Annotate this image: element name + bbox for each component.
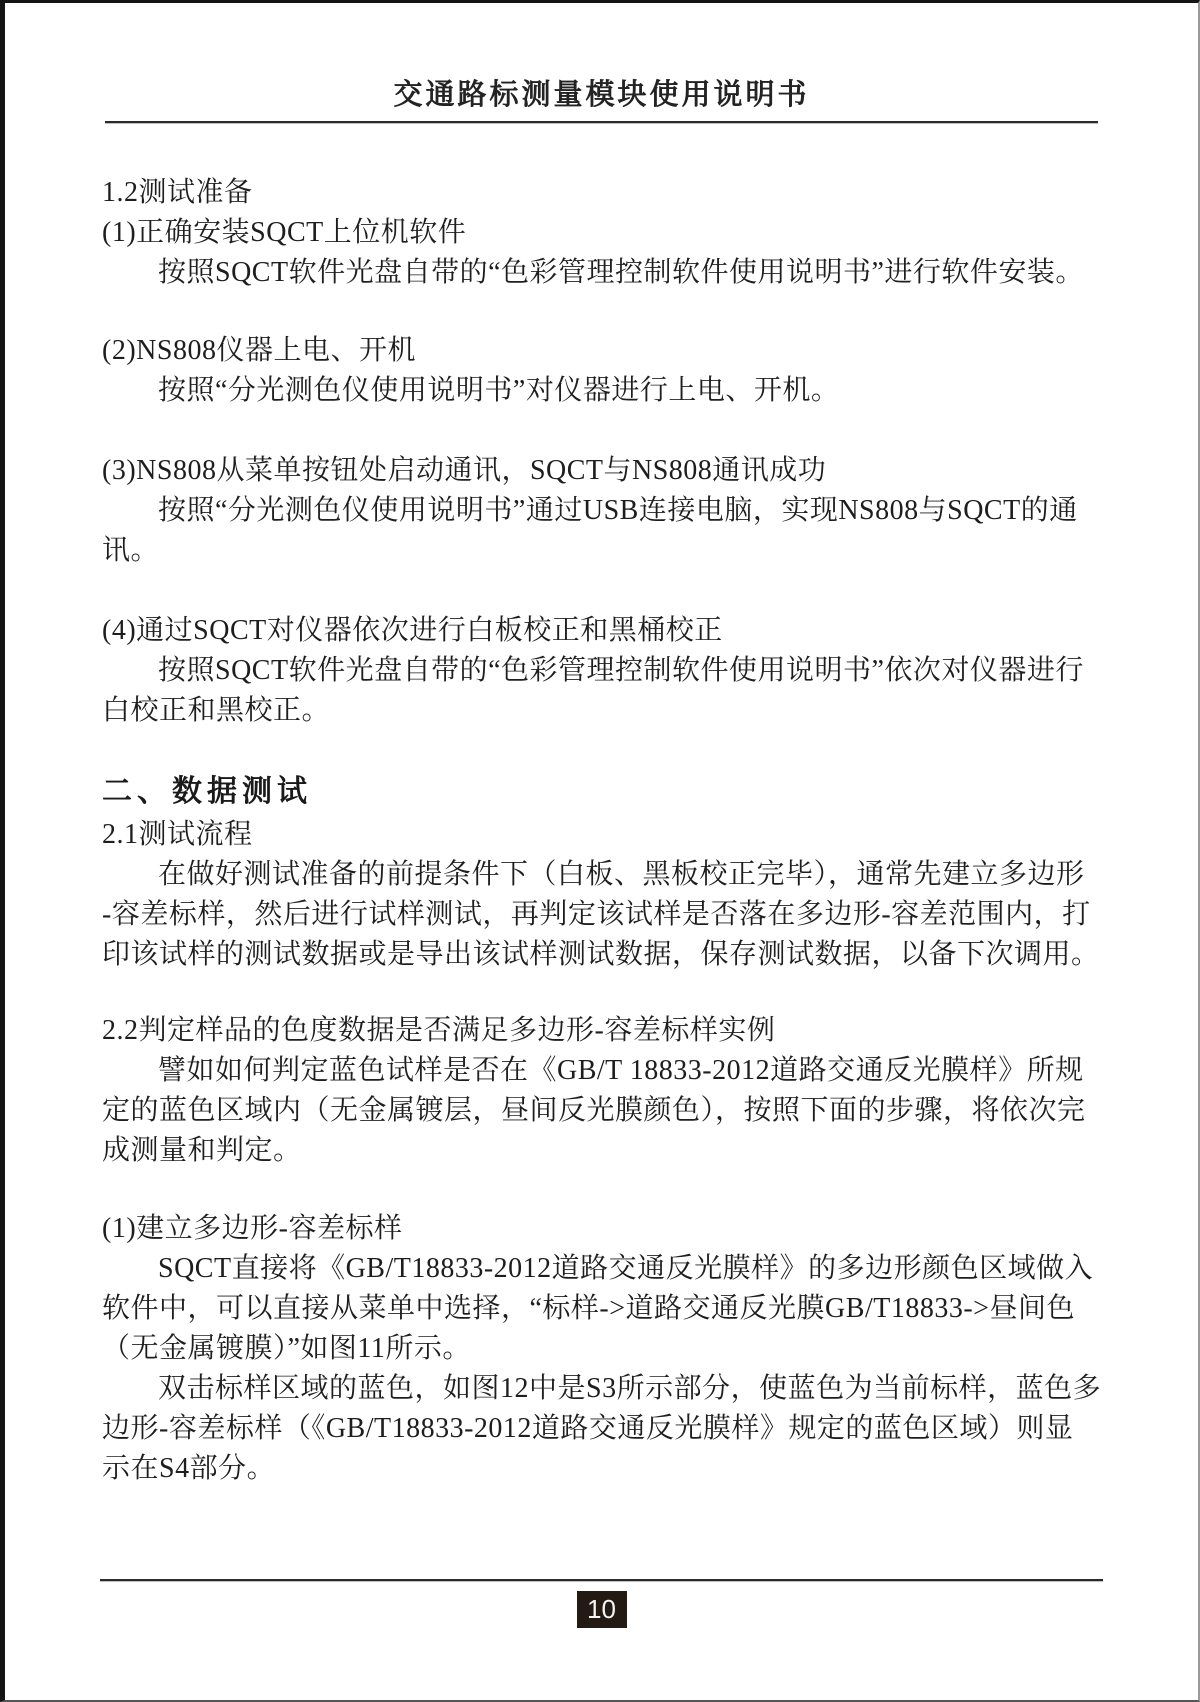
step-2-detail: 按照“分光测色仪使用说明书”对仪器进行上电、开机。 <box>102 371 1108 411</box>
page-content: 1.2测试准备 (1)正确安装SQCT上位机软件 按照SQCT软件光盘自带的“色… <box>102 173 1108 1489</box>
step-1-detail: 按照SQCT软件光盘自带的“色彩管理控制软件使用说明书”进行软件安装。 <box>102 253 1108 293</box>
footer-rule <box>100 1579 1103 1582</box>
test-flow-paragraph: 在做好测试准备的前提条件下（白板、黑板校正完毕），通常先建立多边形 -容差标样，… <box>102 855 1108 975</box>
section-label-test-prep: 1.2测试准备 <box>102 173 1108 213</box>
page-title: 交通路标测量模块使用说明书 <box>5 75 1198 115</box>
page-footer: 10 <box>5 1579 1198 1628</box>
step-3-detail: 按照“分光测色仪使用说明书”通过USB连接电脑，实现NS808与SQCT的通讯。 <box>102 491 1108 571</box>
step-1-title: (1)正确安装SQCT上位机软件 <box>102 213 1108 253</box>
substep-1-title: (1)建立多边形-容差标样 <box>102 1209 1108 1249</box>
page-number-badge: 10 <box>577 1591 627 1628</box>
subsection-label-judge-example: 2.2判定样品的色度数据是否满足多边形-容差标样实例 <box>102 1011 1108 1051</box>
substep-1-paragraph-a: SQCT直接将《GB/T18833-2012道路交通反光膜样》的多边形颜色区域做… <box>102 1249 1108 1369</box>
step-4-detail: 按照SQCT软件光盘自带的“色彩管理控制软件使用说明书”依次对仪器进行 白校正和… <box>102 651 1108 731</box>
section-heading-data-test: 二、数据测试 <box>102 769 1108 815</box>
manual-page: 交通路标测量模块使用说明书 1.2测试准备 (1)正确安装SQCT上位机软件 按… <box>0 0 1200 1702</box>
step-2-title: (2)NS808仪器上电、开机 <box>102 331 1108 371</box>
substep-1-paragraph-b: 双击标样区域的蓝色，如图12中是S3所示部分，使蓝色为当前标样，蓝色多 边形-容… <box>102 1369 1108 1489</box>
step-4-title: (4)通过SQCT对仪器依次进行白板校正和黑桶校正 <box>102 611 1108 651</box>
header-rule <box>105 121 1098 124</box>
step-3-title: (3)NS808从菜单按钮处启动通讯，SQCT与NS808通讯成功 <box>102 451 1108 491</box>
judge-example-paragraph: 譬如如何判定蓝色试样是否在《GB/T 18833-2012道路交通反光膜样》所规… <box>102 1051 1108 1171</box>
subsection-label-test-flow: 2.1测试流程 <box>102 815 1108 855</box>
